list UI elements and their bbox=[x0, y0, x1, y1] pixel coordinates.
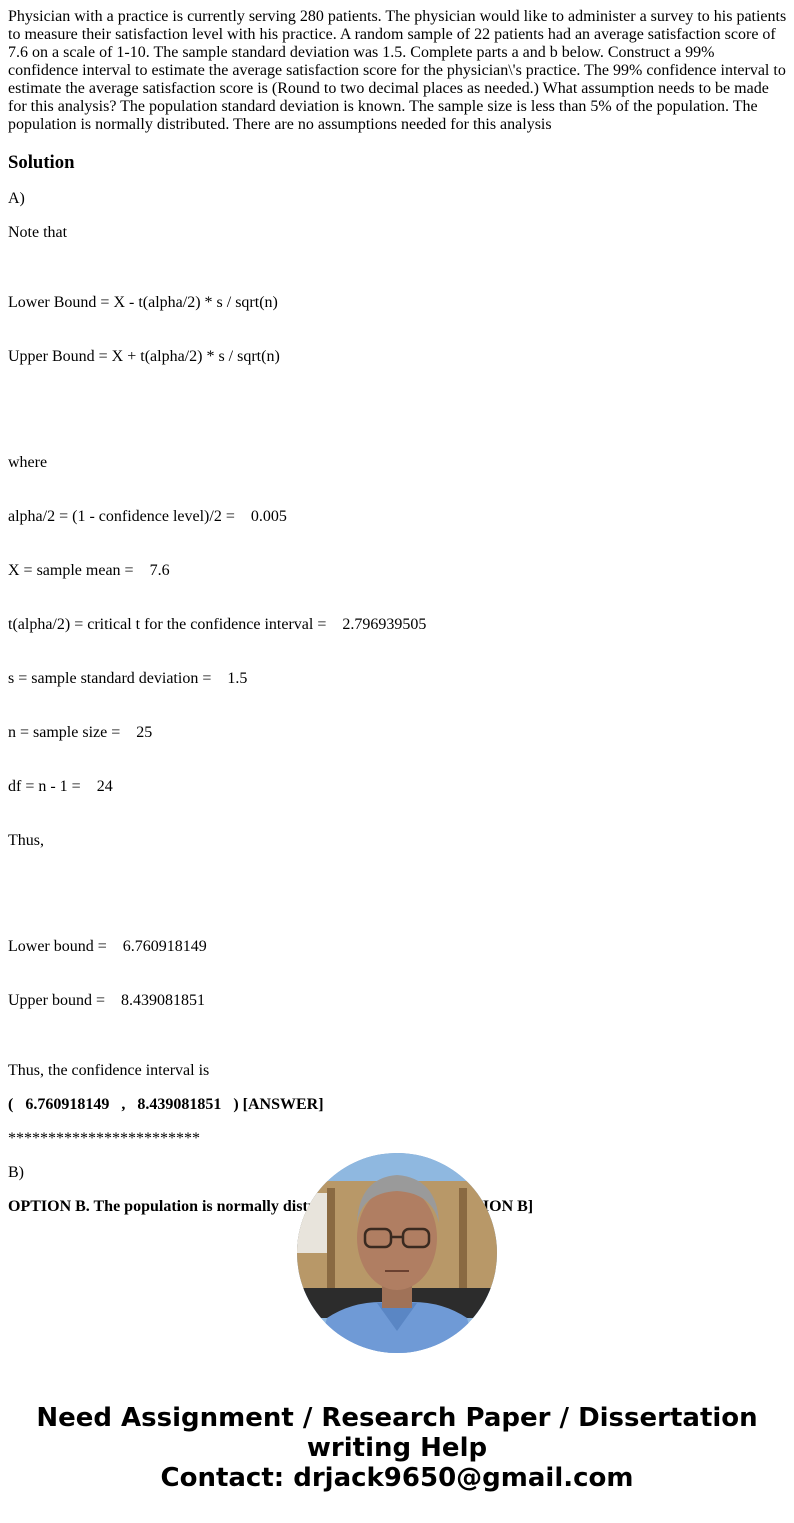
bounds-block: Lower bound = 6.760918149 Upper bound = … bbox=[8, 902, 788, 1046]
upper-bound-formula: Upper Bound = X + t(alpha/2) * s / sqrt(… bbox=[8, 348, 788, 366]
promo-banner: Need Assignment / Research Paper / Disse… bbox=[0, 1403, 794, 1493]
note-that-text: Note that bbox=[8, 224, 788, 242]
thus-label: Thus, bbox=[8, 832, 788, 850]
avatar bbox=[297, 1153, 497, 1353]
interval-intro: Thus, the confidence interval is bbox=[8, 1062, 788, 1080]
definition-mean: X = sample mean = 7.6 bbox=[8, 562, 788, 580]
lower-bound-value: Lower bound = 6.760918149 bbox=[8, 938, 788, 956]
where-label: where bbox=[8, 454, 788, 472]
definition-df: df = n - 1 = 24 bbox=[8, 778, 788, 796]
separator: ************************ bbox=[8, 1130, 788, 1148]
promo-contact: Contact: drjack9650@gmail.com bbox=[0, 1463, 794, 1493]
interval-answer: ( 6.760918149 , 8.439081851 ) [ANSWER] bbox=[8, 1096, 788, 1114]
document-content: Physician with a practice is currently s… bbox=[8, 8, 788, 1216]
solution-heading: Solution bbox=[8, 152, 788, 174]
part-a-label: A) bbox=[8, 190, 788, 208]
formulas-block: Lower Bound = X - t(alpha/2) * s / sqrt(… bbox=[8, 258, 788, 402]
question-text: Physician with a practice is currently s… bbox=[8, 8, 788, 134]
promo-line-1: Need Assignment / Research Paper / Disse… bbox=[0, 1403, 794, 1433]
definition-sample-size: n = sample size = 25 bbox=[8, 724, 788, 742]
promo-line-2: writing Help bbox=[0, 1433, 794, 1463]
definition-critical-t: t(alpha/2) = critical t for the confiden… bbox=[8, 616, 788, 634]
definition-std-dev: s = sample standard deviation = 1.5 bbox=[8, 670, 788, 688]
upper-bound-value: Upper bound = 8.439081851 bbox=[8, 992, 788, 1010]
avatar-portrait-icon bbox=[297, 1153, 497, 1353]
definitions-block: where alpha/2 = (1 - confidence level)/2… bbox=[8, 418, 788, 886]
lower-bound-formula: Lower Bound = X - t(alpha/2) * s / sqrt(… bbox=[8, 294, 788, 312]
definition-alpha: alpha/2 = (1 - confidence level)/2 = 0.0… bbox=[8, 508, 788, 526]
